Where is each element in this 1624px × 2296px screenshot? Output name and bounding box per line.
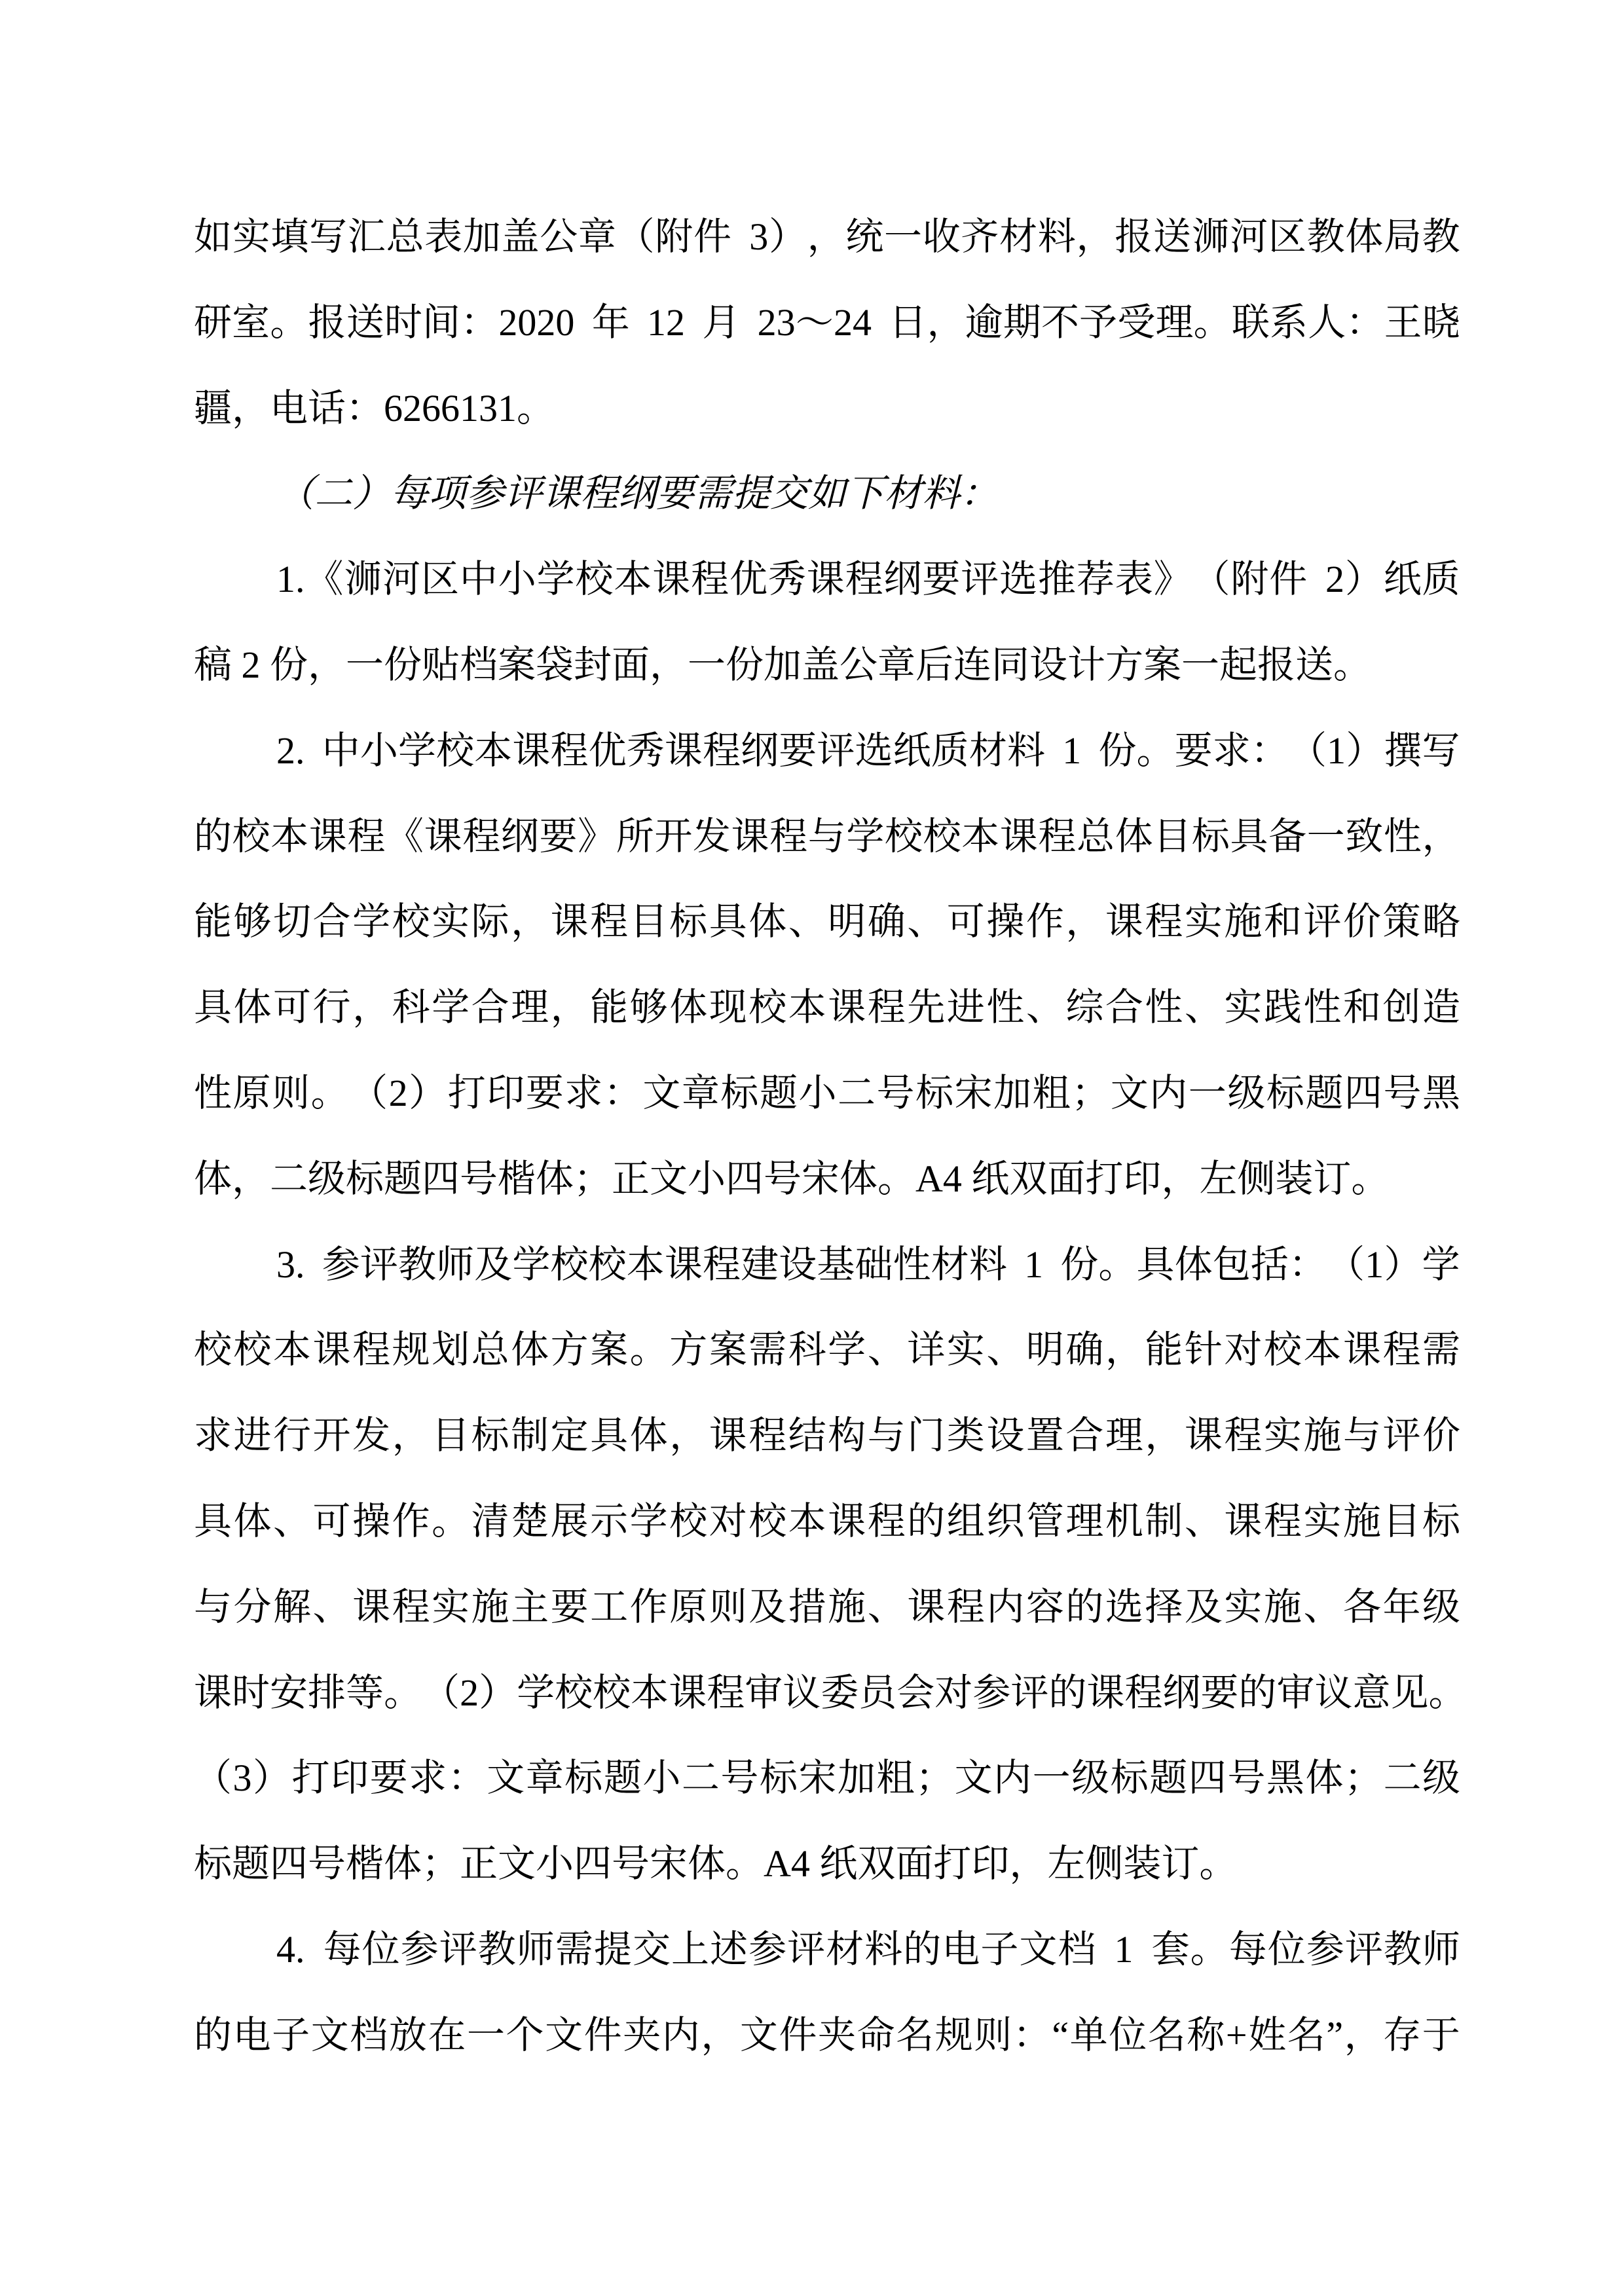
- glyph: 电: [942, 1907, 980, 1993]
- glyph: 示: [590, 1479, 628, 1565]
- glyph: 程: [947, 1565, 985, 1650]
- glyph: 理: [1156, 280, 1194, 366]
- glyph: 可: [313, 1479, 351, 1565]
- glyph: 姓: [1248, 1993, 1286, 2079]
- glyph: 表: [424, 194, 462, 280]
- glyph: 标: [915, 1051, 953, 1137]
- glyph: ，: [1105, 1307, 1143, 1393]
- glyph: 设: [986, 1393, 1024, 1479]
- glyph: 择: [1145, 1565, 1183, 1650]
- glyph: 及: [748, 1565, 786, 1650]
- glyph: 印: [487, 1051, 525, 1137]
- glyph: 与: [868, 1393, 906, 1479]
- text-line: 与分解、课程实施主要工作原则及措施、课程内容的选择及实施、各年级: [194, 1565, 1460, 1650]
- glyph: 打: [292, 1736, 330, 1821]
- glyph: 体: [511, 1307, 549, 1393]
- glyph: 题: [1305, 1051, 1343, 1137]
- glyph: 月: [702, 280, 740, 366]
- glyph: 践: [1264, 965, 1302, 1051]
- glyph: 校: [392, 879, 430, 965]
- glyph: 管: [1026, 1479, 1064, 1565]
- glyph: 对: [934, 1650, 972, 1736]
- glyph: 附: [655, 194, 693, 280]
- glyph: 小: [498, 537, 536, 623]
- glyph: 题: [604, 1736, 642, 1821]
- glyph: 1: [1327, 708, 1346, 794]
- glyph: 科: [788, 1307, 826, 1393]
- glyph: 解: [273, 1565, 311, 1650]
- text-line: 标题四号楷体；正文小四号宋体。A4 纸双面打印，左侧装订。: [194, 1821, 1460, 1907]
- glyph: 名: [896, 1993, 934, 2079]
- glyph: 够: [630, 965, 668, 1051]
- glyph: 策: [1382, 879, 1420, 965]
- glyph: 略: [1422, 879, 1460, 965]
- glyph: 章: [682, 1051, 720, 1137]
- glyph: 校: [589, 1222, 627, 1308]
- glyph: 案: [590, 1307, 628, 1393]
- glyph: 。: [384, 1650, 422, 1736]
- glyph: 程: [1264, 1479, 1302, 1565]
- glyph: 区: [1268, 194, 1306, 280]
- glyph: 程: [703, 708, 741, 794]
- glyph: 二: [838, 1051, 876, 1137]
- glyph: 实: [432, 879, 470, 965]
- glyph: 体: [1175, 1222, 1213, 1308]
- glyph: 先: [907, 965, 945, 1051]
- glyph: 致: [1345, 794, 1383, 880]
- glyph: 求: [564, 1051, 602, 1137]
- glyph: 文: [545, 1993, 583, 2079]
- glyph: 体: [748, 879, 786, 965]
- glyph: ，: [1145, 1393, 1183, 1479]
- glyph: 施: [1343, 1479, 1381, 1565]
- glyph: 。: [1137, 708, 1175, 794]
- glyph: 体: [1345, 194, 1383, 280]
- glyph: 件: [693, 194, 731, 280]
- glyph: 内: [662, 1993, 700, 2079]
- text-line: 如实填写汇总表加盖公章（附件3），统一收齐材料，报送浉河区教体局教: [194, 194, 1460, 280]
- glyph: 际: [471, 879, 509, 965]
- glyph: 黑: [1266, 1736, 1304, 1821]
- text-line: 疆，电话：6266131。: [194, 366, 1460, 452]
- glyph: 报: [308, 280, 346, 366]
- glyph: 1: [1062, 708, 1081, 794]
- glyph: 评: [787, 1907, 825, 1993]
- glyph: 学: [846, 794, 884, 880]
- glyph: 实: [1224, 965, 1262, 1051]
- glyph: 文: [1019, 1907, 1057, 1993]
- glyph: 明: [1026, 1307, 1064, 1393]
- glyph: 2020: [498, 280, 574, 366]
- text-line: 求进行开发，目标制定具体，课程结构与门类设置合理，课程实施与评价: [194, 1393, 1460, 1479]
- glyph: 表: [1115, 537, 1153, 623]
- glyph: 秀: [627, 708, 665, 794]
- glyph: 目: [1382, 1479, 1420, 1565]
- glyph: 内: [993, 1736, 1031, 1821]
- glyph: ，: [701, 1993, 739, 2079]
- glyph: 创: [1382, 965, 1420, 1051]
- glyph: 详: [907, 1307, 945, 1393]
- glyph: 位: [1268, 1907, 1306, 1993]
- glyph: 价: [1422, 1393, 1460, 1479]
- glyph: 、: [1185, 1479, 1223, 1565]
- glyph: 实: [232, 194, 270, 280]
- glyph: 间: [422, 280, 460, 366]
- glyph: 课: [709, 1393, 747, 1479]
- glyph: 性: [194, 1051, 232, 1137]
- glyph: 时: [384, 280, 422, 366]
- glyph: 分: [234, 1565, 272, 1650]
- glyph: 程: [550, 708, 588, 794]
- glyph: 秀: [768, 537, 806, 623]
- glyph: 具: [1137, 1222, 1175, 1308]
- glyph: 放: [389, 1993, 427, 2079]
- glyph: 内: [986, 1565, 1024, 1650]
- glyph: ，: [669, 1393, 707, 1479]
- glyph: 套: [1152, 1907, 1190, 1993]
- glyph: 置: [1026, 1393, 1064, 1479]
- glyph: 审: [745, 1650, 783, 1736]
- glyph: 本: [270, 794, 308, 880]
- glyph: 子: [272, 1993, 310, 2079]
- glyph: 课: [669, 1650, 707, 1736]
- glyph: 课: [665, 708, 703, 794]
- glyph: 、: [1303, 1565, 1341, 1650]
- glyph: 纲: [883, 537, 921, 623]
- glyph: 单: [1070, 1993, 1108, 2079]
- glyph: 号: [1227, 1736, 1265, 1821]
- glyph: 份: [1098, 708, 1136, 794]
- glyph: 本: [474, 708, 512, 794]
- glyph: ：: [1251, 708, 1289, 794]
- glyph: 实: [1185, 879, 1223, 965]
- glyph: 电: [233, 1993, 271, 2079]
- glyph: 一: [467, 1993, 505, 2079]
- glyph: 程: [352, 1307, 390, 1393]
- glyph: 标: [564, 1736, 602, 1821]
- glyph: 总: [1077, 794, 1115, 880]
- glyph: 需: [555, 1907, 593, 1993]
- glyph: 12: [647, 280, 685, 366]
- glyph: 备: [1268, 794, 1306, 880]
- glyph: 课: [1086, 1650, 1124, 1736]
- glyph: 公: [540, 194, 578, 280]
- glyph: 小: [798, 1051, 836, 1137]
- glyph: 材: [999, 194, 1037, 280]
- glyph: 进: [947, 965, 985, 1051]
- glyph: 程: [1382, 1307, 1420, 1393]
- glyph: 开: [313, 1393, 351, 1479]
- glyph: 档: [1058, 1907, 1096, 1993]
- glyph: 确: [1065, 1307, 1103, 1393]
- text-block: 如实填写汇总表加盖公章（附件3），统一收齐材料，报送浉河区教体局教研室。报送时间…: [194, 194, 1460, 2079]
- glyph: 命: [857, 1993, 895, 2079]
- glyph: （: [194, 1736, 232, 1821]
- glyph: ，: [1065, 879, 1103, 965]
- glyph: 需: [1422, 1307, 1460, 1393]
- glyph: ）: [1346, 708, 1384, 794]
- glyph: 交: [633, 1907, 671, 1993]
- glyph: 施: [1224, 879, 1262, 965]
- glyph: 会: [896, 1650, 934, 1736]
- glyph: 期: [1003, 280, 1041, 366]
- glyph: 体: [630, 1393, 668, 1479]
- glyph: 每: [1229, 1907, 1267, 1993]
- glyph: 教: [1307, 194, 1345, 280]
- text-line: 4.每位参评教师需提交上述参评材料的电子文档1套。每位参评教师: [194, 1907, 1460, 1993]
- glyph: 体: [1305, 1736, 1343, 1821]
- text-line: 具体可行，科学合理，能够体现校本课程先进性、综合性、实践性和创造: [194, 965, 1460, 1051]
- glyph: 王: [1384, 280, 1422, 366]
- glyph: 与: [194, 1565, 232, 1650]
- glyph: 附: [1230, 537, 1268, 623]
- glyph: 。: [1190, 1907, 1228, 1993]
- glyph: 。: [1098, 1222, 1136, 1308]
- glyph: 体: [1115, 794, 1153, 880]
- glyph: 晓: [1422, 280, 1460, 366]
- glyph: 统: [845, 194, 883, 280]
- glyph: 程: [703, 1222, 741, 1308]
- glyph: 联: [1232, 280, 1270, 366]
- glyph: 局: [1384, 194, 1422, 280]
- glyph: 件: [1269, 537, 1307, 623]
- glyph: 总: [386, 194, 424, 280]
- glyph: 建: [741, 1222, 779, 1308]
- glyph: 等: [346, 1650, 384, 1736]
- glyph: 综: [1065, 965, 1103, 1051]
- glyph: 二: [1383, 1736, 1421, 1821]
- glyph: 学: [512, 1222, 550, 1308]
- glyph: 标: [1111, 1736, 1149, 1821]
- glyph: 程: [1124, 1650, 1162, 1736]
- glyph: 案: [709, 1307, 747, 1393]
- glyph: 题: [1149, 1736, 1187, 1821]
- glyph: 可: [273, 965, 311, 1051]
- glyph: 文: [311, 1993, 349, 2079]
- glyph: 材: [969, 708, 1007, 794]
- glyph: 实: [1264, 1393, 1302, 1479]
- glyph: 料: [1038, 194, 1076, 280]
- glyph: 施: [1303, 1393, 1341, 1479]
- glyph: 及: [1185, 1565, 1223, 1650]
- glyph: 展: [551, 1479, 589, 1565]
- glyph: 加: [463, 194, 501, 280]
- glyph: 参: [401, 1907, 439, 1993]
- glyph: 级: [1071, 1736, 1109, 1821]
- glyph: 能: [194, 879, 232, 965]
- glyph: 要: [779, 708, 817, 794]
- glyph: 理: [1105, 1393, 1143, 1479]
- glyph: 课: [424, 794, 462, 880]
- glyph: 标: [760, 1736, 798, 1821]
- glyph: 具: [194, 965, 232, 1051]
- glyph: 总: [471, 1307, 509, 1393]
- glyph: 课: [665, 1222, 703, 1308]
- glyph: 切: [273, 879, 311, 965]
- glyph: 校: [436, 708, 474, 794]
- glyph: ，: [1076, 194, 1114, 280]
- text-line: 校校本课程规划总体方案。方案需科学、详实、明确，能针对校本课程需: [194, 1307, 1460, 1393]
- glyph: 纲: [1162, 1650, 1200, 1736]
- glyph: 、: [788, 879, 826, 965]
- glyph: 级: [1227, 1051, 1265, 1137]
- glyph: 教: [1422, 194, 1460, 280]
- glyph: ）: [769, 194, 807, 280]
- glyph: 对: [1224, 1307, 1262, 1393]
- glyph: 河: [382, 537, 420, 623]
- glyph: 纲: [501, 794, 539, 880]
- glyph: ）: [479, 1650, 517, 1736]
- glyph: 程: [769, 794, 807, 880]
- glyph: 材: [931, 1222, 969, 1308]
- glyph: 一: [1307, 794, 1345, 880]
- glyph: 与: [808, 794, 846, 880]
- glyph: 性: [986, 965, 1024, 1051]
- glyph: 基: [817, 1222, 855, 1308]
- glyph: 程: [868, 1479, 906, 1565]
- glyph: 《: [386, 794, 424, 880]
- glyph: 理: [1065, 1479, 1103, 1565]
- glyph: 。: [432, 1479, 470, 1565]
- text-line: 稿 2 份，一份贴档案袋封面，一份加盖公章后连同设计方案一起报送。: [194, 623, 1460, 708]
- glyph: 时: [232, 1650, 270, 1736]
- glyph: 作: [630, 1565, 668, 1650]
- glyph: （: [422, 1650, 460, 1736]
- glyph: ）: [409, 1051, 447, 1137]
- glyph: 校: [555, 1650, 593, 1736]
- glyph: ）: [1345, 537, 1383, 623]
- glyph: 结: [788, 1393, 826, 1479]
- glyph: 程: [1224, 1393, 1262, 1479]
- glyph: 课: [313, 1307, 351, 1393]
- glyph: 方: [551, 1307, 589, 1393]
- glyph: 具: [709, 879, 747, 965]
- glyph: 。: [1429, 1650, 1467, 1736]
- glyph: 评: [439, 1907, 477, 1993]
- glyph: 一: [1033, 1736, 1071, 1821]
- glyph: 行: [273, 1393, 311, 1479]
- glyph: 撰: [1384, 708, 1422, 794]
- glyph: 操: [986, 879, 1024, 965]
- glyph: 课: [1343, 1307, 1381, 1393]
- glyph: 参: [972, 1650, 1010, 1736]
- glyph: 印: [331, 1736, 369, 1821]
- glyph: 材: [826, 1907, 864, 1993]
- glyph: 标: [720, 1051, 758, 1137]
- glyph: 课: [807, 537, 845, 623]
- glyph: 性: [893, 1222, 931, 1308]
- glyph: 的: [194, 1993, 232, 2079]
- glyph: 选: [1105, 1565, 1143, 1650]
- glyph: 、: [273, 1479, 311, 1565]
- glyph: 夹: [623, 1993, 661, 2079]
- glyph: 3: [233, 1736, 252, 1821]
- glyph: 原: [233, 1051, 271, 1137]
- glyph: 程: [691, 537, 729, 623]
- glyph: （: [617, 194, 655, 280]
- glyph: 实: [1224, 1565, 1262, 1650]
- glyph: 具: [1230, 794, 1268, 880]
- glyph: 、: [986, 1307, 1024, 1393]
- glyph: 织: [986, 1479, 1024, 1565]
- glyph: 体: [669, 965, 707, 1051]
- glyph: 进: [234, 1393, 272, 1479]
- glyph: 选: [999, 537, 1037, 623]
- glyph: 容: [1026, 1565, 1064, 1650]
- glyph: 教: [398, 1222, 436, 1308]
- glyph: 课: [731, 794, 769, 880]
- glyph: 学: [432, 965, 470, 1051]
- glyph: 需: [748, 1307, 786, 1393]
- glyph: 个: [506, 1993, 544, 2079]
- glyph: 校: [232, 794, 270, 880]
- glyph: 课: [1105, 879, 1143, 965]
- glyph: 规: [935, 1993, 973, 2079]
- glyph: 学: [352, 879, 390, 965]
- glyph: 文: [487, 1736, 525, 1821]
- glyph: 号: [1383, 1051, 1421, 1137]
- glyph: 设: [779, 1222, 817, 1308]
- glyph: 括: [1251, 1222, 1289, 1308]
- glyph: ：: [460, 280, 498, 366]
- glyph: 荐: [1077, 537, 1115, 623]
- glyph: 程: [868, 965, 906, 1051]
- glyph: 评: [1010, 1650, 1048, 1736]
- glyph: 纲: [741, 708, 779, 794]
- glyph: 料: [1007, 708, 1045, 794]
- glyph: 意: [1352, 1650, 1390, 1736]
- glyph: 2: [460, 1650, 479, 1736]
- glyph: 、: [313, 1565, 351, 1650]
- glyph: 合: [1065, 1393, 1103, 1479]
- glyph: 本: [961, 794, 999, 880]
- glyph: 中: [322, 708, 360, 794]
- glyph: 级: [1422, 1565, 1460, 1650]
- glyph: 明: [828, 879, 866, 965]
- glyph: 1: [1115, 1907, 1134, 1993]
- glyph: ：: [1289, 1222, 1327, 1308]
- glyph: 号: [720, 1736, 758, 1821]
- glyph: 中: [460, 537, 498, 623]
- glyph: 级: [1422, 1736, 1460, 1821]
- glyph: 打: [448, 1051, 486, 1137]
- glyph: 要: [1175, 708, 1213, 794]
- glyph: 原: [669, 1565, 707, 1650]
- text-line: 性原则。（2）打印要求：文章标题小二号标宋加粗；文内一级标题四号黑: [194, 1051, 1460, 1137]
- glyph: 楚: [511, 1479, 549, 1565]
- glyph: 小: [642, 1736, 680, 1821]
- glyph: 课: [828, 1479, 866, 1565]
- glyph: 题: [760, 1051, 798, 1137]
- glyph: 所: [616, 794, 654, 880]
- glyph: ；: [915, 1736, 953, 1821]
- text-line: 课时安排等。（2）学校校本课程审议委员会对参评的课程纲要的审议意见。: [194, 1650, 1460, 1736]
- glyph: 2: [1325, 537, 1344, 623]
- glyph: （: [350, 1051, 388, 1137]
- glyph: 1: [1365, 1222, 1384, 1308]
- glyph: ，: [352, 965, 390, 1051]
- glyph: 逾: [965, 280, 1003, 366]
- glyph: 的: [1238, 1650, 1276, 1736]
- glyph: 程: [748, 1393, 786, 1479]
- glyph: 学: [537, 537, 575, 623]
- glyph: 措: [788, 1565, 826, 1650]
- glyph: 料: [864, 1907, 902, 1993]
- glyph: 课: [512, 708, 550, 794]
- glyph: 校: [885, 794, 923, 880]
- glyph: 性: [1384, 794, 1422, 880]
- glyph: 施: [471, 1565, 509, 1650]
